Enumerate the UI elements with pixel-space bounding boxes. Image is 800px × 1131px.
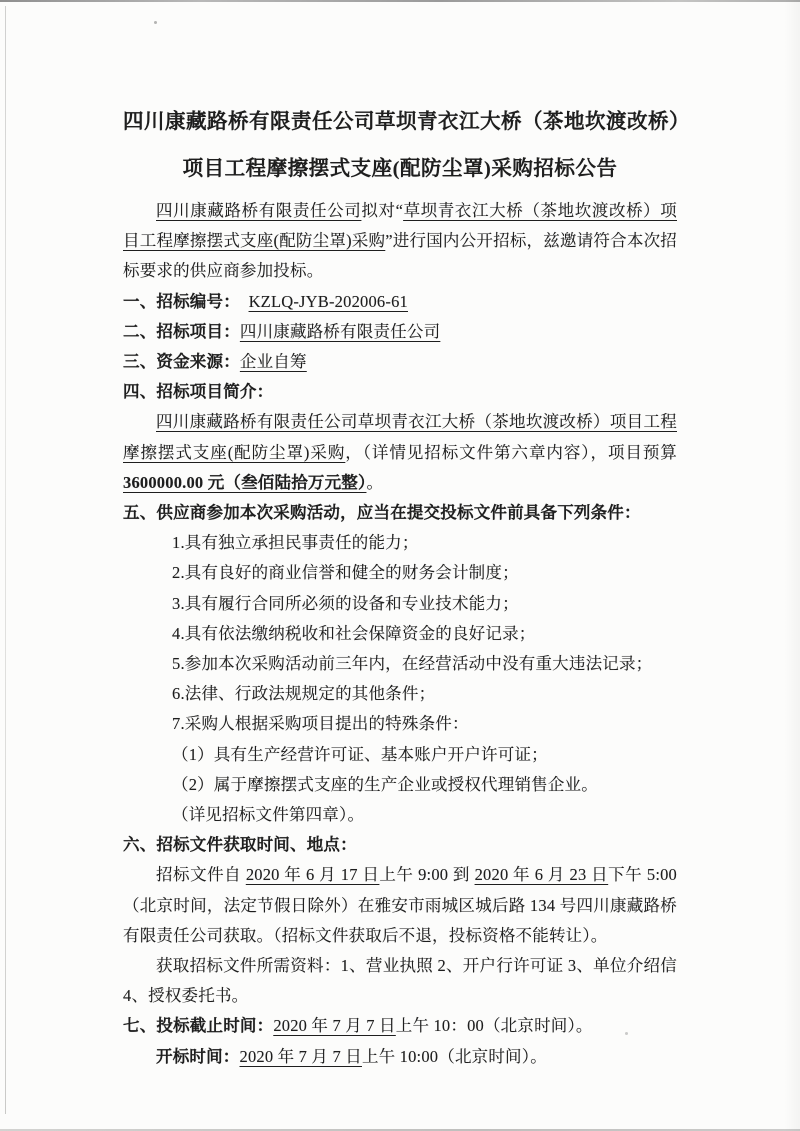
tender-number-heading: 一、招标编号： KZLQ-JYB-202006-61 bbox=[123, 287, 677, 317]
scan-edge-left bbox=[5, 6, 6, 1114]
condition-item-2: 2.具有良好的商业信誉和健全的财务会计制度； bbox=[172, 558, 677, 588]
text-segment: 四川康藏路桥有限责任公司 bbox=[156, 201, 361, 220]
required-materials-paragraph: 获取招标文件所需资料：1、营业执照 2、开户行许可证 3、单位介绍信 4、授权委… bbox=[123, 951, 677, 1011]
bid-opening-paragraph: 开标时间：2020 年 7 月 7 日上午 10:00（北京时间）。 bbox=[123, 1042, 677, 1072]
text-segment: （详见招标文件第四章）。 bbox=[172, 805, 364, 824]
text-segment: 开标时间： bbox=[156, 1047, 240, 1066]
text-segment: 6.法律、行政法规规定的其他条件； bbox=[172, 684, 435, 703]
document-page: 四川康藏路桥有限责任公司草坝青衣江大桥（茶地坎渡改桥）项目工程摩擦摆式支座(配防… bbox=[0, 0, 800, 1131]
bid-deadline-heading: 七、投标截止时间：2020 年 7 月 7 日上午 10：00（北京时间）。 bbox=[123, 1011, 677, 1041]
document-content: 四川康藏路桥有限责任公司草坝青衣江大桥（茶地坎渡改桥）项目工程摩擦摆式支座(配防… bbox=[123, 99, 677, 1072]
text-segment: 2020 年 6 月 23 日 bbox=[475, 865, 609, 884]
text-segment: 2020 年 7 月 7 日 bbox=[240, 1047, 362, 1066]
text-segment: 获取招标文件所需资料：1、营业执照 2、开户行许可证 3、单位介绍信 4、授权委… bbox=[123, 956, 677, 1005]
text-segment: 四、招标项目简介： bbox=[123, 382, 273, 401]
text-segment: 拟对“ bbox=[361, 201, 403, 220]
document-title-line: 项目工程摩擦摆式支座(配防尘罩)采购招标公告 bbox=[123, 146, 677, 193]
text-segment: 2.具有良好的商业信誉和健全的财务会计制度； bbox=[172, 563, 519, 582]
scan-shade-right bbox=[784, 0, 800, 1131]
text-segment: ，（详情见招标文件第六章内容），项目预算 bbox=[345, 443, 677, 462]
text-segment: 五、供应商参加本次采购活动，应当在提交投标文件前具备下列条件： bbox=[123, 503, 641, 522]
text-segment: 2020 年 7 月 7 日 bbox=[273, 1016, 395, 1035]
special-condition-2: （2）属于摩擦摆式支座的生产企业或授权代理销售企业。 bbox=[172, 770, 677, 800]
tender-project-heading: 二、招标项目：四川康藏路桥有限责任公司 bbox=[123, 317, 677, 347]
text-segment: 一、招标编号： bbox=[123, 292, 240, 311]
document-title-line: 四川康藏路桥有限责任公司草坝青衣江大桥（茶地坎渡改桥） bbox=[123, 99, 677, 146]
scan-edge-top bbox=[0, 0, 800, 2]
supplier-conditions-heading: 五、供应商参加本次采购活动，应当在提交投标文件前具备下列条件： bbox=[123, 498, 677, 528]
text-segment: 2020 年 6 月 17 日 bbox=[246, 865, 380, 884]
text-segment: 3600000.00 元（叁佰陆拾万元整） bbox=[123, 473, 366, 492]
text-segment: KZLQ-JYB-202006-61 bbox=[249, 292, 408, 311]
text-segment: 上午 10：00（北京时间）。 bbox=[396, 1016, 593, 1035]
text-segment: 三、资金来源： bbox=[123, 352, 240, 371]
document-title: 四川康藏路桥有限责任公司草坝青衣江大桥（茶地坎渡改桥）项目工程摩擦摆式支座(配防… bbox=[123, 99, 677, 193]
condition-item-1: 1.具有独立承担民事责任的能力； bbox=[172, 528, 677, 558]
text-segment: （1）具有生产经营许可证、基本账户开户许可证； bbox=[172, 745, 548, 764]
special-condition-1: （1）具有生产经营许可证、基本账户开户许可证； bbox=[172, 740, 677, 770]
text-segment: 1.具有独立承担民事责任的能力； bbox=[172, 533, 419, 552]
intro-paragraph: 四川康藏路桥有限责任公司拟对“草坝青衣江大桥（茶地坎渡改桥）项目工程摩擦摆式支座… bbox=[123, 196, 677, 287]
text-segment: 招标文件自 bbox=[156, 865, 246, 884]
text-segment: 4.具有依法缴纳税收和社会保障资金的良好记录； bbox=[172, 624, 535, 643]
text-segment: 企业自筹 bbox=[240, 352, 307, 371]
text-segment: 七、投标截止时间： bbox=[123, 1016, 273, 1035]
text-segment: 二、招标项目： bbox=[123, 322, 240, 341]
acquisition-paragraph: 招标文件自 2020 年 6 月 17 日上午 9:00 到 2020 年 6 … bbox=[123, 860, 677, 951]
text-segment: 上午 9:00 到 bbox=[379, 865, 474, 884]
scan-speck bbox=[154, 21, 157, 24]
text-segment: （2）属于摩擦摆式支座的生产企业或授权代理销售企业。 bbox=[172, 775, 598, 794]
text-segment bbox=[240, 292, 249, 311]
document-body: 四川康藏路桥有限责任公司拟对“草坝青衣江大桥（茶地坎渡改桥）项目工程摩擦摆式支座… bbox=[123, 196, 677, 1072]
condition-item-4: 4.具有依法缴纳税收和社会保障资金的良好记录； bbox=[172, 619, 677, 649]
condition-item-6: 6.法律、行政法规规定的其他条件； bbox=[172, 679, 677, 709]
project-brief-paragraph: 四川康藏路桥有限责任公司草坝青衣江大桥（茶地坎渡改桥）项目工程摩擦摆式支座(配防… bbox=[123, 407, 677, 498]
see-chapter-note: （详见招标文件第四章）。 bbox=[172, 800, 677, 830]
document-acquisition-heading: 六、招标文件获取时间、地点： bbox=[123, 830, 677, 860]
text-segment: 六、招标文件获取时间、地点： bbox=[123, 835, 357, 854]
condition-item-7: 7.采购人根据采购项目提出的特殊条件： bbox=[172, 709, 677, 739]
text-segment: 5.参加本次采购活动前三年内，在经营活动中没有重大违法记录； bbox=[172, 654, 652, 673]
text-segment: 。 bbox=[366, 473, 383, 492]
funding-source-heading: 三、资金来源：企业自筹 bbox=[123, 347, 677, 377]
project-brief-heading: 四、招标项目简介： bbox=[123, 377, 677, 407]
text-segment: 四川康藏路桥有限责任公司 bbox=[240, 322, 440, 341]
text-segment: 7.采购人根据采购项目提出的特殊条件： bbox=[172, 714, 469, 733]
text-segment: 上午 10:00（北京时间）。 bbox=[362, 1047, 547, 1066]
condition-item-3: 3.具有履行合同所必须的设备和专业技术能力； bbox=[172, 589, 677, 619]
text-segment: 3.具有履行合同所必须的设备和专业技术能力； bbox=[172, 594, 519, 613]
condition-item-5: 5.参加本次采购活动前三年内，在经营活动中没有重大违法记录； bbox=[172, 649, 677, 679]
